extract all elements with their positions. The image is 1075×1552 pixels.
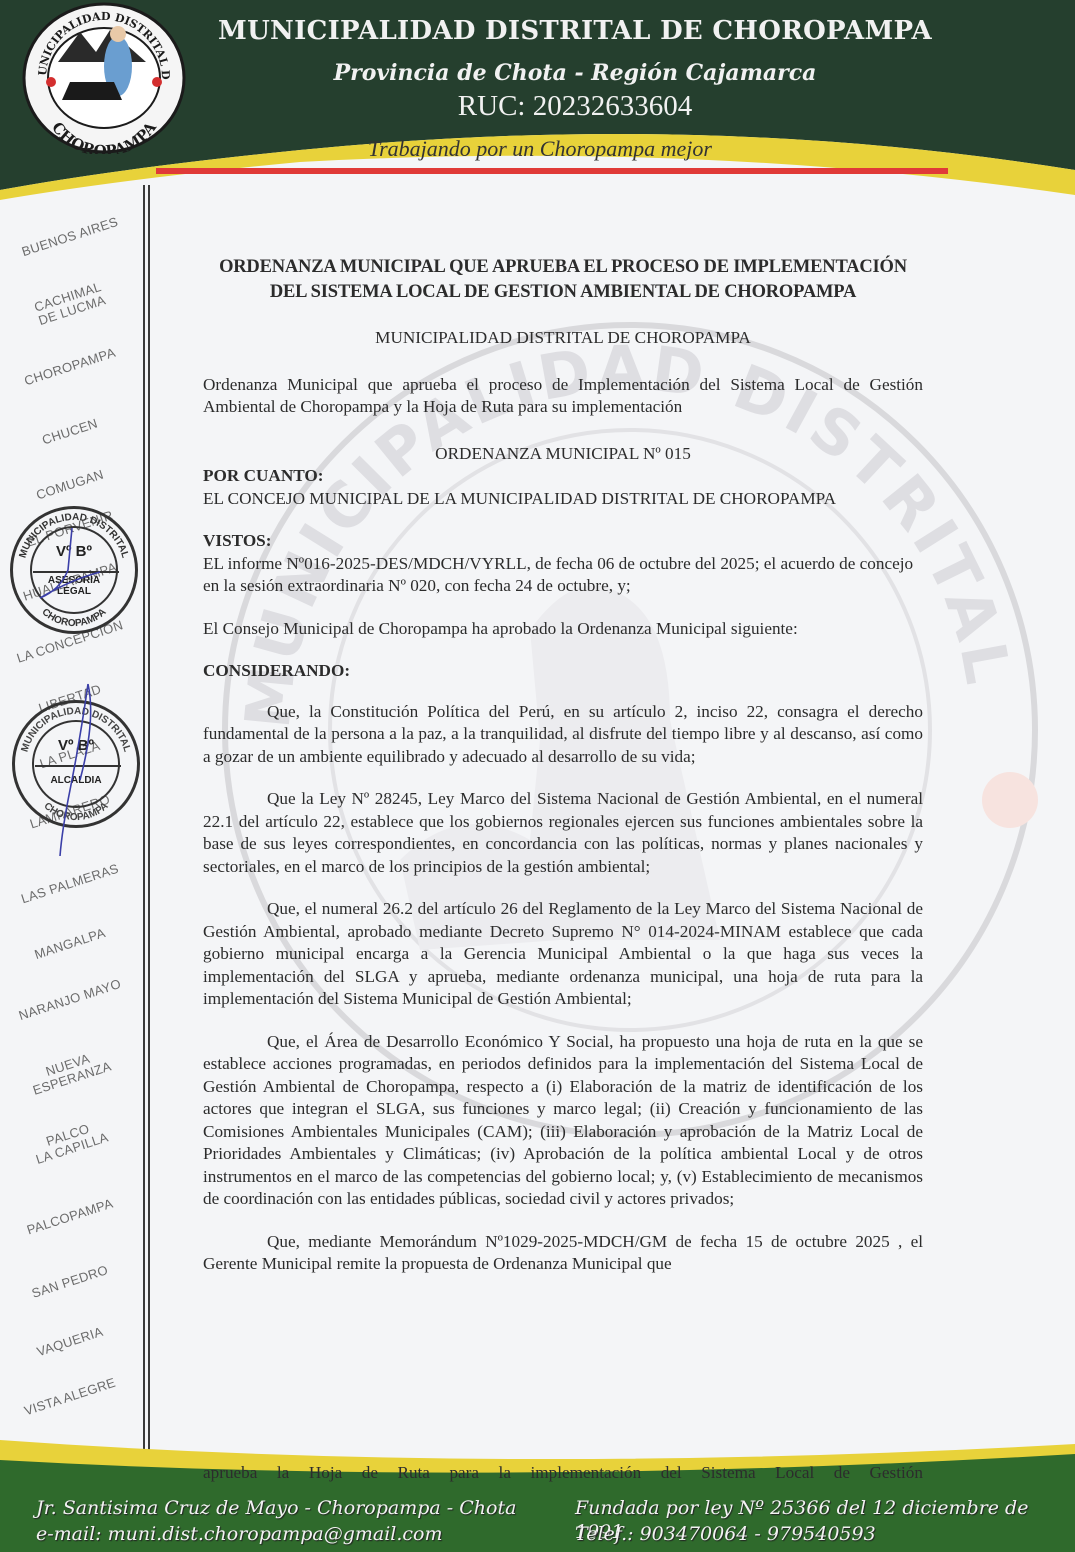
footer-phone: Telef.: 903470064 - 979540593	[575, 1522, 876, 1546]
vistos-text: EL informe Nº016-2025-DES/MDCH/VYRLL, de…	[203, 553, 923, 598]
province-region: Provincia de Chota - Región Cajamarca	[210, 60, 940, 86]
slogan: Trabajando por un Choropampa mejor	[330, 136, 750, 162]
locality-label: NUEVA ESPERANZA	[0, 1036, 146, 1109]
considerando-heading: CONSIDERANDO:	[203, 660, 923, 683]
vistos-heading: VISTOS:	[203, 530, 923, 553]
considerando-paragraph: Que, mediante Memorándum Nº1029-2025-MDC…	[203, 1231, 923, 1276]
ruc-number: RUC: 20232633604	[210, 90, 940, 123]
stamp-unit-label: ALCALDIA	[15, 775, 137, 786]
stamp-alcaldia: MUNICIPALIDAD DISTRITAL CHOROPAMPA Vº Bº…	[12, 700, 140, 828]
margin-double-rule	[143, 185, 150, 1460]
issuer: MUNICIPALIDAD DISTRITAL DE CHOROPAMPA	[203, 327, 923, 350]
approval-text: El Consejo Municipal de Choropampa ha ap…	[203, 618, 923, 641]
locality-label: MANGALPA	[0, 914, 143, 974]
stamp-approval-mark: Vº Bº	[15, 737, 137, 754]
considerando-paragraph: Que, el numeral 26.2 del artículo 26 del…	[203, 898, 923, 1011]
footer-email[interactable]: e-mail: muni.dist.choropampa@gmail.com	[36, 1522, 443, 1546]
cutoff-line: aprueba la Hoja de Ruta para la implemen…	[203, 1463, 923, 1483]
stamp-asesoria-legal: MUNICIPALIDAD DISTRITAL CHOROPAMPA Vº Bº…	[10, 506, 138, 634]
ordinance-summary: Ordenanza Municipal que aprueba el proce…	[203, 374, 923, 419]
header-divider	[156, 168, 948, 174]
locality-label: NARANJO MAYO	[0, 970, 143, 1030]
stamp-unit-label: ASESORIA LEGAL	[13, 575, 135, 597]
locality-label: VAQUERIA	[0, 1312, 143, 1372]
considerando-paragraph: Que la Ley Nº 28245, Ley Marco del Siste…	[203, 788, 923, 878]
letterhead-footer: Jr. Santisima Cruz de Mayo - Choropampa …	[0, 1440, 1075, 1552]
locality-label: SAN PEDRO	[0, 1252, 143, 1312]
locality-label: CHUCEN	[0, 402, 143, 462]
locality-label: BUENOS AIRES	[0, 207, 143, 267]
municipal-seal-logo: MUNICIPALIDAD DISTRITAL DE CHOROPAMPA	[18, 2, 190, 154]
considerando-paragraph: Que, el Área de Desarrollo Económico Y S…	[203, 1031, 923, 1211]
locality-label: VISTA ALEGRE	[0, 1367, 143, 1427]
por-cuanto-text: EL CONCEJO MUNICIPAL DE LA MUNICIPALIDAD…	[203, 488, 923, 511]
municipality-name: MUNICIPALIDAD DISTRITAL DE CHOROPAMPA	[210, 16, 940, 46]
ordinance-number: ORDENANZA MUNICIPAL Nº 015	[203, 443, 923, 466]
letterhead-header: MUNICIPALIDAD DISTRITAL DE CHOROPAMPA MU…	[0, 0, 1075, 200]
document-title: ORDENANZA MUNICIPAL QUE APRUEBA EL PROCE…	[203, 255, 923, 305]
locality-label: PALCO LA CAPILLA	[0, 1106, 146, 1179]
ordinance-document: ORDENANZA MUNICIPAL QUE APRUEBA EL PROCE…	[203, 255, 923, 1276]
locality-label: LAS PALMERAS	[0, 854, 143, 914]
considerando-paragraph: Que, la Constitución Política del Perú, …	[203, 701, 923, 769]
footer-address: Jr. Santisima Cruz de Mayo - Choropampa …	[36, 1496, 516, 1520]
locality-label: PALCOPAMPA	[0, 1187, 143, 1247]
stamp-approval-mark: Vº Bº	[13, 543, 135, 560]
considerando-list: Que, la Constitución Política del Perú, …	[203, 701, 923, 1276]
por-cuanto-heading: POR CUANTO:	[203, 465, 923, 488]
locality-label: CACHIMAL DE LUCMA	[0, 268, 146, 341]
locality-label: CHOROPAMPA	[0, 337, 143, 397]
